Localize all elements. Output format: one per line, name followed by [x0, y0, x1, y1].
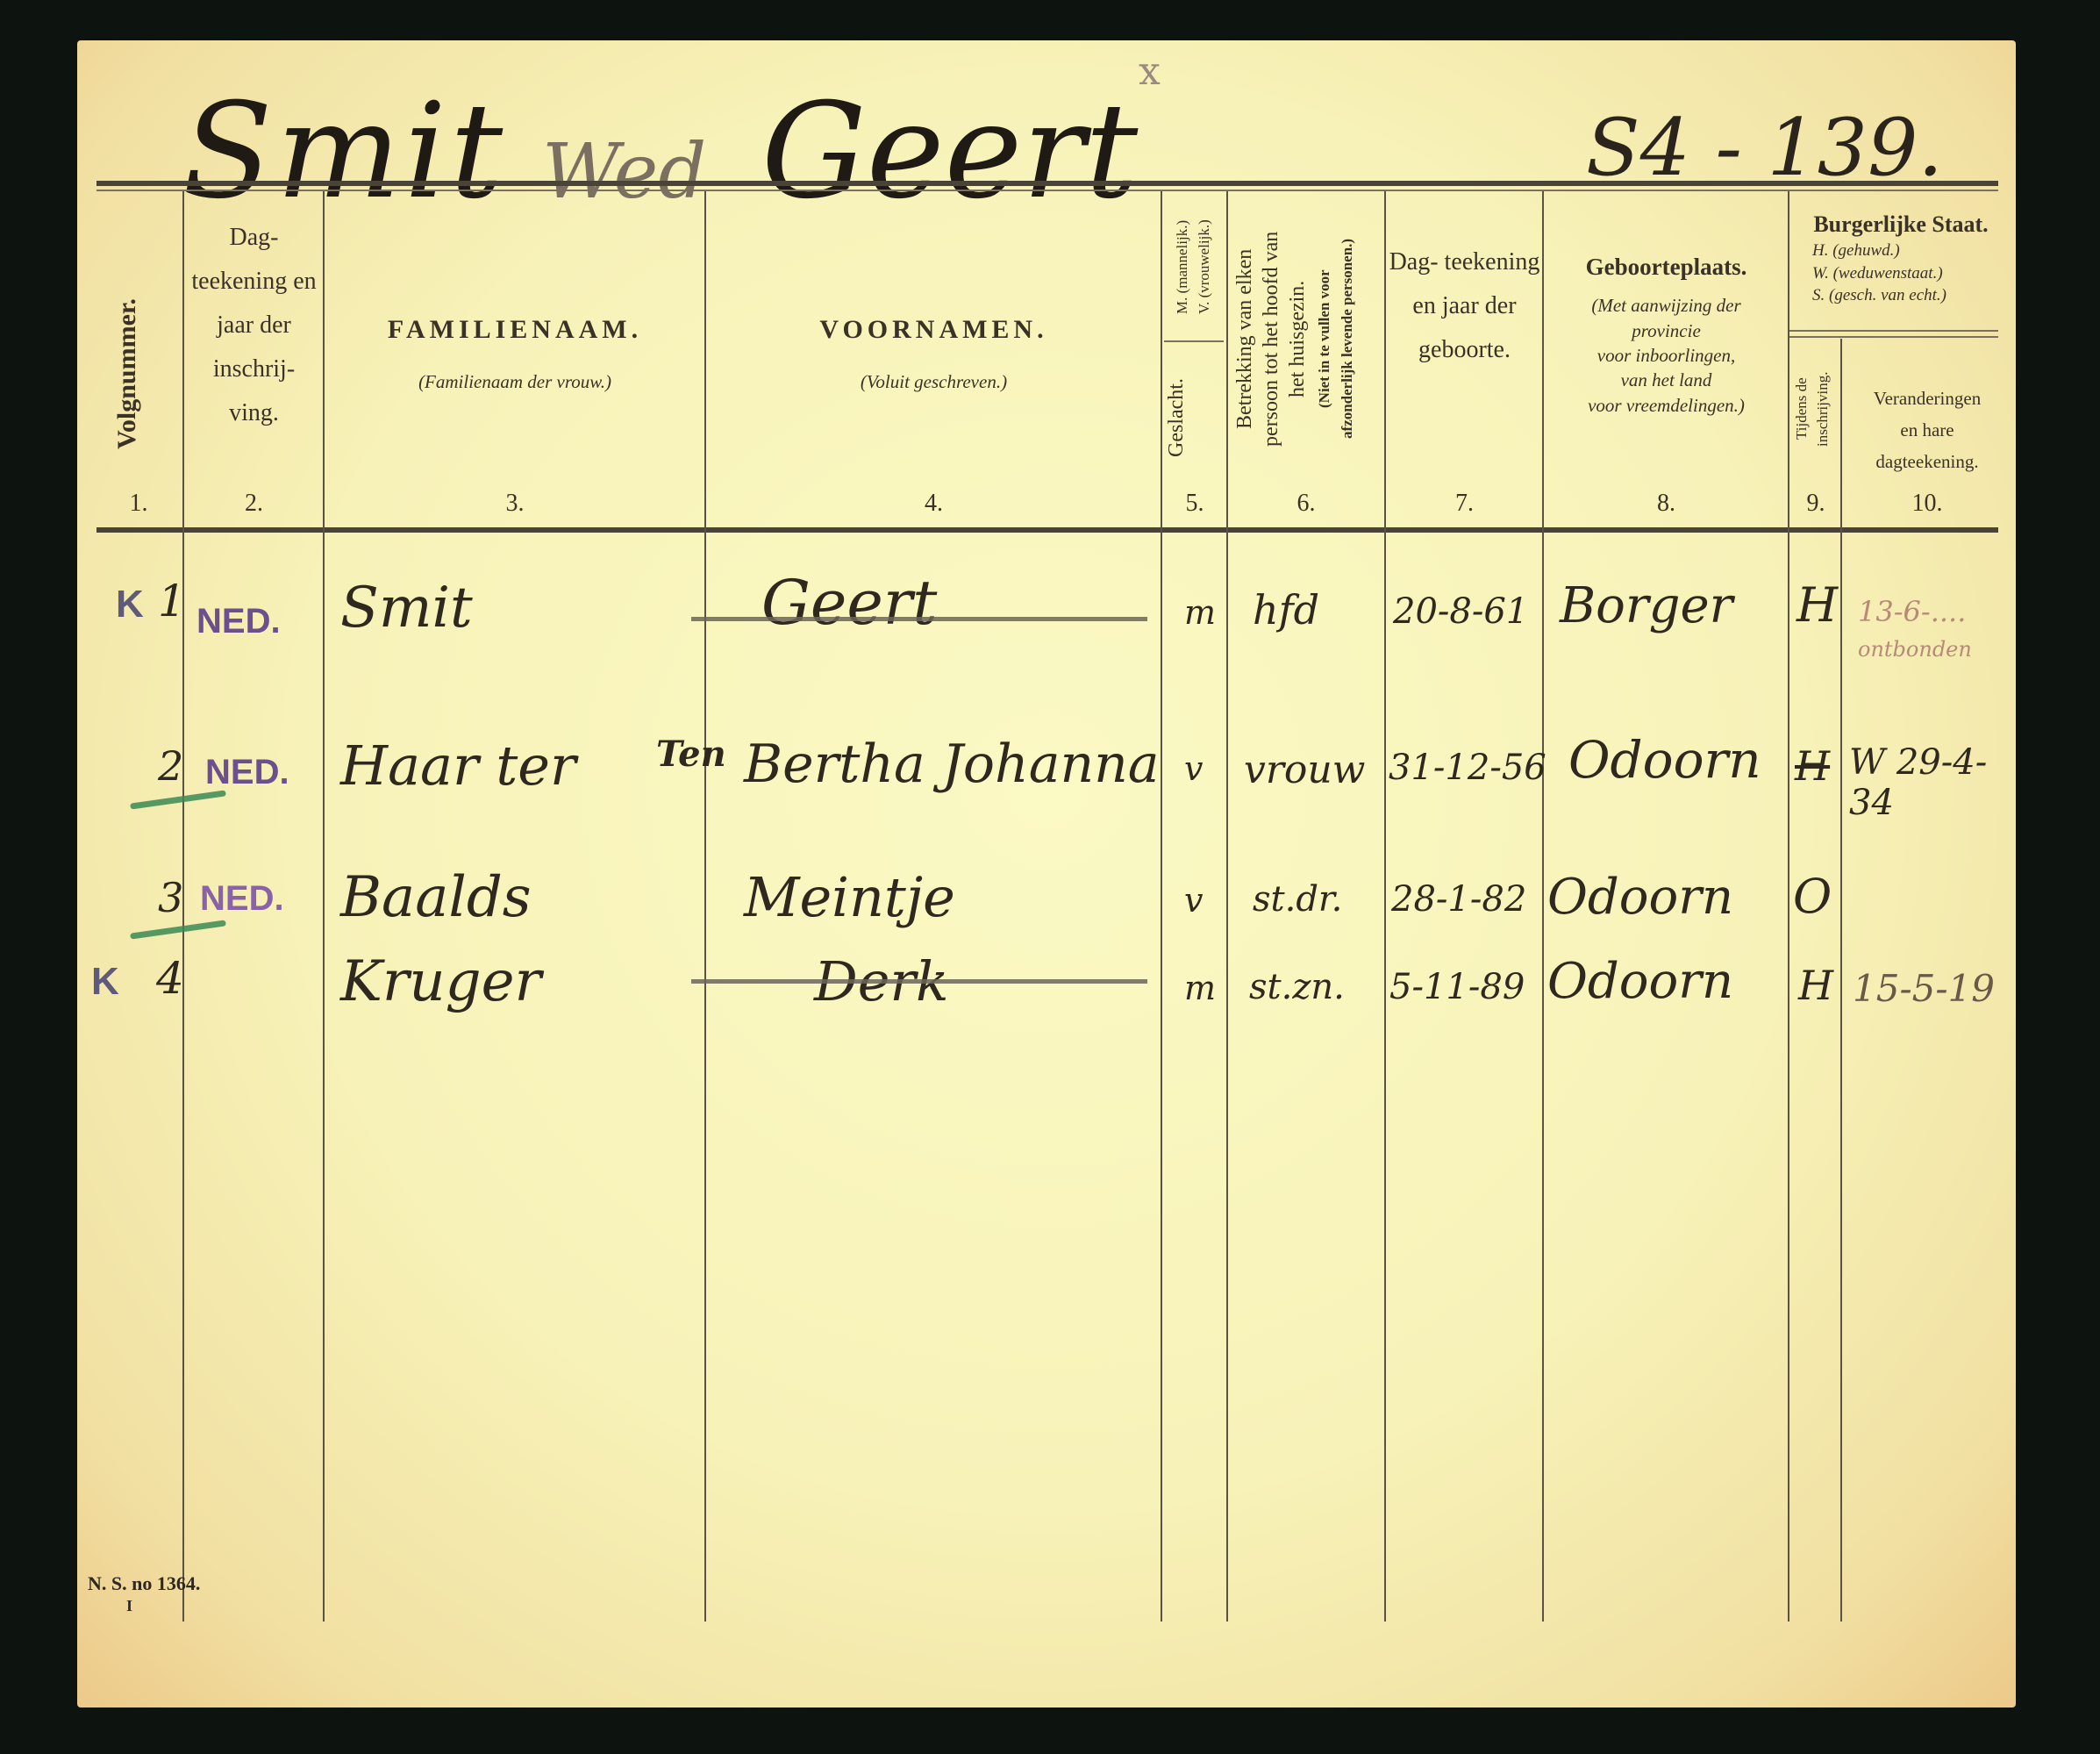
header-geslacht: Geslacht. [1165, 365, 1195, 470]
column-divider [1788, 191, 1789, 1622]
header-veranderingen-line: Veranderingen [1844, 383, 2011, 414]
header-geslacht-v: V. (vrouwelijk.) [1196, 197, 1217, 337]
cell-veranderingen: 13-6-.... [1858, 595, 1966, 628]
header-dagteekening-inschrijving: Dag- teekening en jaar der inschrij- vin… [186, 216, 322, 435]
header-burgerlijke-staat-title: Burgerlijke Staat. [1791, 209, 2011, 240]
cell-familienaam: Kruger [340, 949, 541, 1014]
header-betrekking-line2: persoon tot het hoofd van [1260, 198, 1286, 479]
header-betrekking-line1: Betrekking van elken [1233, 198, 1260, 479]
header-geslacht-m: M. (mannelijk.) [1174, 197, 1195, 337]
staat-divider [1789, 330, 1998, 332]
cell-voornamen: Meintje [744, 865, 955, 929]
header-betrekking-note2: afzonderlijk levende personen.) [1339, 198, 1361, 479]
header-tijdens-line1: Tijdens de [1793, 347, 1814, 470]
k-stamp: K [91, 960, 119, 1004]
header-burgerlijke-staat: Burgerlijke Staat. H. (gehuwd.) W. (wedu… [1791, 209, 2011, 307]
header-top-rule-thin [96, 190, 1998, 191]
cell-geboortedatum: 5-11-89 [1389, 967, 1525, 1007]
cell-betrekking: st.dr. [1253, 879, 1342, 920]
header-dagteekening-geboorte: Dag- teekening en jaar der geboorte. [1388, 240, 1541, 372]
cell-geboorteplaats: Odoorn [1568, 730, 1761, 790]
header-veranderingen-line: dagteekening. [1844, 446, 2011, 477]
cell-prefix: Ten [656, 734, 726, 775]
cell-familienaam: Baalds [340, 865, 532, 930]
cell-geboortedatum: 20-8-61 [1393, 591, 1528, 632]
cell-voornamen: Geert [761, 567, 937, 639]
cell-volgnummer: 1 [158, 576, 186, 626]
column-divider [1384, 191, 1386, 1622]
cell-geboorteplaats: Borger [1560, 577, 1732, 634]
column-divider [1226, 191, 1228, 1622]
cell-veranderingen: W 29-4-34 [1849, 742, 2016, 823]
cell-staat: O [1793, 869, 1832, 924]
header-familienaam-title: FAMILIENAAM. [326, 312, 704, 348]
header-geboorteplaats-sub: voor vreemdelingen.) [1546, 393, 1787, 418]
header-top-rule [96, 181, 1998, 186]
column-number: 6. [1228, 490, 1384, 518]
cell-veranderingen: 15-5-19 [1853, 967, 1995, 1010]
cell-geslacht: v [1184, 881, 1203, 920]
cell-betrekking: vrouw [1244, 748, 1365, 792]
ned-stamp: NED. [205, 753, 289, 792]
cell-volgnummer: 4 [156, 953, 184, 1004]
header-bottom-rule [96, 527, 1998, 533]
cell-staat: H [1795, 742, 1830, 790]
column-number: 3. [326, 490, 704, 518]
cell-voornamen: Bertha Johanna [744, 734, 1160, 795]
column-number: 9. [1791, 490, 1840, 518]
header-betrekking-note1: (Niet in te vullen voor [1316, 198, 1339, 479]
cell-volgnummer: 3 [158, 874, 183, 921]
cell-geboortedatum: 28-1-82 [1391, 879, 1526, 920]
column-divider [704, 191, 706, 1622]
green-pencil-mark [130, 920, 226, 939]
header-geboorteplaats-sub: voor inboorlingen, [1546, 343, 1787, 368]
cell-betrekking: hfd [1253, 586, 1319, 634]
cell-geboortedatum: 31-12-56 [1389, 748, 1546, 788]
card-surname: Smit [182, 75, 506, 228]
cell-staat: H [1796, 577, 1838, 633]
cell-geslacht: v [1184, 749, 1203, 788]
cell-betrekking: st.zn. [1249, 967, 1345, 1007]
column-number: 7. [1388, 490, 1541, 518]
header-voornamen-subtitle: (Voluit geschreven.) [708, 369, 1160, 394]
legend-s: S. (gesch. van echt.) [1791, 284, 2011, 307]
ned-stamp: NED. [196, 602, 281, 641]
strikethrough-line [691, 979, 1147, 984]
cell-geslacht: m [1184, 593, 1216, 632]
header-veranderingen-line: en hare [1844, 414, 2011, 446]
column-number: 8. [1546, 490, 1787, 518]
column-number: 5. [1164, 490, 1225, 518]
cell-veranderingen-note: ontbonden [1858, 637, 1972, 662]
strikethrough-line [691, 617, 1147, 621]
header-tijdens-line2: inschrijving. [1814, 347, 1835, 470]
cell-geboorteplaats: Odoorn [1547, 869, 1733, 926]
pencil-mark: x [1139, 49, 1161, 94]
header-geboorteplaats-sub: provincie [1546, 319, 1787, 343]
green-pencil-mark [130, 790, 226, 809]
form-number: N. S. no 1364. [88, 1572, 200, 1595]
column-number: 4. [708, 490, 1160, 518]
cell-familienaam: Haar ter [340, 734, 576, 798]
column-divider [1161, 191, 1162, 1622]
column-divider [323, 191, 325, 1622]
legend-h: H. (gehuwd.) [1791, 240, 2011, 262]
header-geboorteplaats-sub: van het land [1546, 368, 1787, 392]
cell-familienaam: Smit [340, 576, 473, 641]
header-voornamen: VOORNAMEN. (Voluit geschreven.) [708, 312, 1160, 394]
header-voornamen-title: VOORNAMEN. [708, 312, 1160, 348]
cell-staat: H [1798, 962, 1833, 1009]
card-first-name: Geert [761, 75, 1138, 228]
cell-volgnummer: 2 [158, 742, 183, 790]
header-betrekking-line3: het huisgezin. [1286, 198, 1312, 479]
staat-divider [1789, 336, 1998, 338]
k-stamp: K [116, 583, 144, 626]
header-volgnummer: Volgnummer. [112, 277, 147, 470]
cell-geslacht: m [1184, 969, 1216, 1007]
card-annotation: Wed [542, 128, 706, 216]
legend-w: W. (weduwenstaat.) [1791, 262, 2011, 285]
column-number: 10. [1844, 490, 2011, 518]
header-familienaam: FAMILIENAAM. (Familienaam der vrouw.) [326, 312, 704, 394]
header-veranderingen: Veranderingen en hare dagteekening. [1844, 383, 2011, 477]
header-familienaam-subtitle: (Familienaam der vrouw.) [326, 369, 704, 394]
register-card: Smit Wed Geert x S4 - 139. Volgnummer. 1… [77, 40, 2016, 1707]
header-geboorteplaats: Geboorteplaats. (Met aanwijzing der prov… [1546, 251, 1787, 418]
ned-stamp: NED. [200, 879, 284, 919]
column-number: 1. [95, 490, 182, 518]
column-divider [1840, 339, 1842, 1622]
header-geboorteplaats-title: Geboorteplaats. [1546, 251, 1787, 283]
form-sub-number: I [126, 1597, 132, 1615]
column-divider [1542, 191, 1544, 1622]
column-number: 2. [186, 490, 322, 518]
header-geboorteplaats-sub: (Met aanwijzing der [1546, 293, 1787, 318]
cell-geboorteplaats: Odoorn [1547, 953, 1733, 1010]
geslacht-divider [1164, 340, 1224, 342]
